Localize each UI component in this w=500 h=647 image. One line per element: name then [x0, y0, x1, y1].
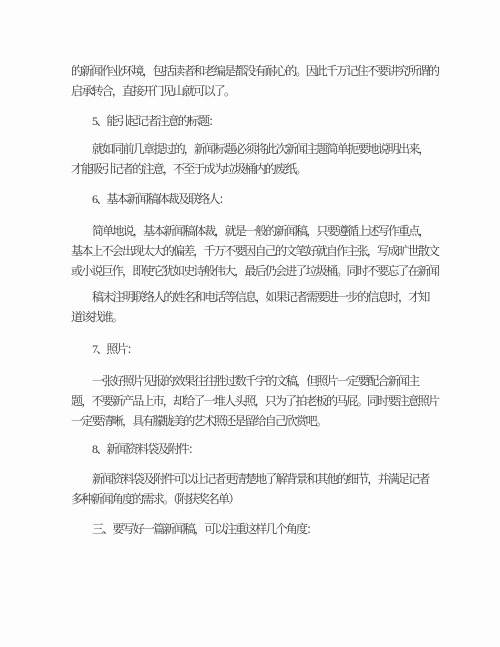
document-body: 的新闻作业环境，包括读者和老编是都没有耐心的。因此千万记住不要讲究所谓的启承转合… — [71, 61, 463, 539]
body-line: 简单地说，基本新闻稿体裁，就是一般的新闻稿，只要遵循上述写作重点， — [71, 221, 463, 241]
body-line: 基本上不会出现太大的偏差，千万不要因自己的文笔好就自作主张，写成旷世散文 — [71, 241, 463, 261]
body-line: 道该找谁。 — [71, 307, 463, 327]
body-line: 多种新闻角度的需求。（附获奖名单） — [71, 489, 463, 509]
heading-line: 三、要写好一篇新闻稿，可以注重这样几个角度： — [71, 519, 463, 539]
body-line: 一定要清晰，具有朦胧美的艺术照还是留给自己欣赏吧。 — [71, 411, 463, 431]
heading-line: 7、照片： — [71, 339, 463, 359]
body-line: 才能吸引记者的注意，不至于成为垃圾桶内的废纸。 — [71, 159, 463, 179]
heading-line: 8、新闻资料袋及附件： — [71, 439, 463, 459]
heading-line: 5、能引起记者注意的标题： — [71, 111, 463, 131]
heading-line: 6、基本新闻稿体裁及联络人： — [71, 189, 463, 209]
body-line: 新闻资料袋及附件可以让记者更清楚地了解背景和其他的细节，并满足记者 — [71, 469, 463, 489]
body-line: 或小说巨作，即使它犹如史诗般伟大，最后仍会进了垃圾桶。同时不要忘了在新闻 — [71, 261, 463, 281]
body-line: 稿末注明联络人的姓名和电话等信息，如果记者需要进一步的信息时，才知 — [71, 287, 463, 307]
body-line: 的新闻作业环境，包括读者和老编是都没有耐心的。因此千万记住不要讲究所谓的 — [71, 61, 463, 81]
body-line: 一张好照片见报的效果往往胜过数千字的文稿，但照片一定要配合新闻主 — [71, 371, 463, 391]
document-page: 的新闻作业环境，包括读者和老编是都没有耐心的。因此千万记住不要讲究所谓的启承转合… — [0, 0, 500, 647]
body-line: 启承转合，直接开门见山就可以了。 — [71, 81, 463, 101]
body-line: 就如同前几章提过的，新闻标题必须将此次新闻主题简单扼要地说明出来， — [71, 139, 463, 159]
body-line: 题，不要新产品上市，却给了一堆人头照，只为了拍老板的马屁。同时要注意照片 — [71, 391, 463, 411]
